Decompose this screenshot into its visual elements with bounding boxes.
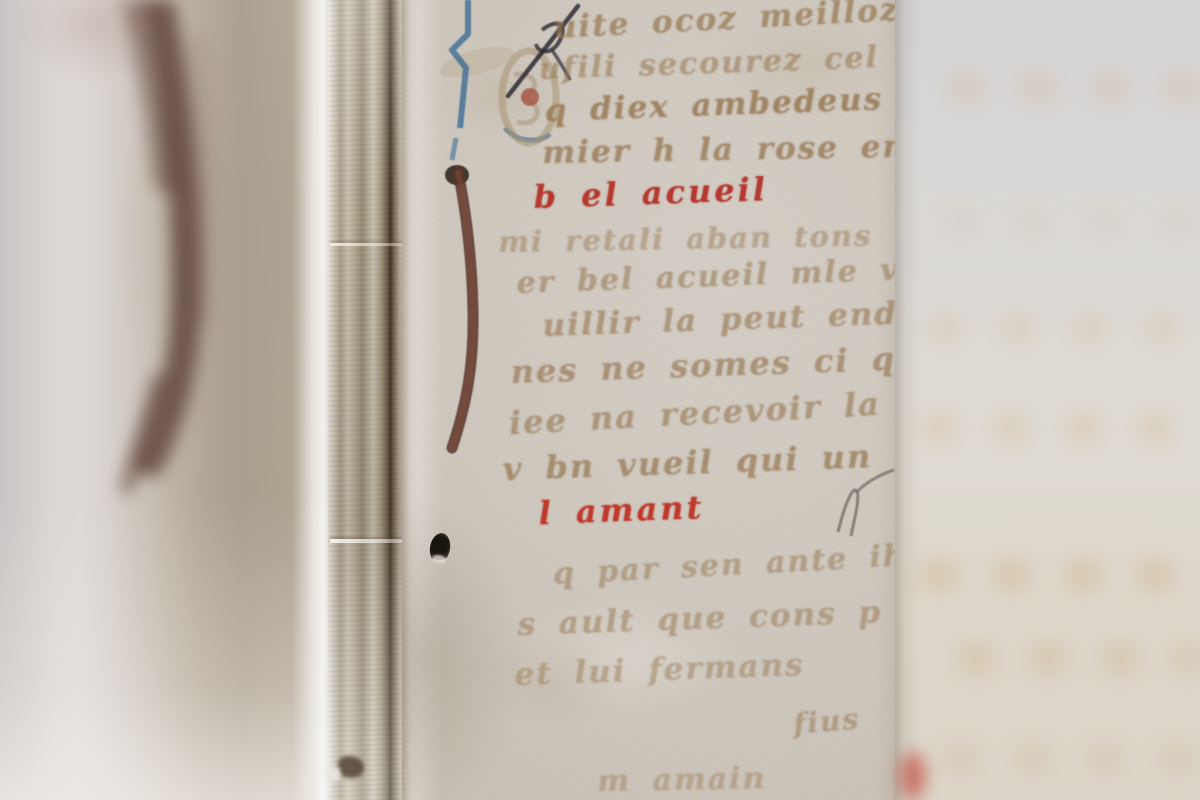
- script-line: m amain: [597, 761, 767, 799]
- initial-tail: [445, 165, 473, 448]
- blurred-rubric-mark: [900, 752, 926, 800]
- edge-notch: [338, 756, 364, 778]
- blurred-text-line: [903, 392, 1200, 464]
- blurred-text-line: [925, 730, 1200, 788]
- blurred-text-line: [910, 298, 1200, 358]
- blurred-text-line: [903, 535, 1200, 615]
- blurred-facing-page: [895, 0, 1200, 800]
- blurred-text-line: [940, 622, 1200, 694]
- spine-fold: [328, 0, 406, 800]
- manuscript-photo: uite ocoz meilloz ves ufili secourez cel…: [0, 0, 1200, 800]
- manuscript-page: uite ocoz meilloz ves ufili secourez cel…: [402, 0, 905, 800]
- script-line: mier h la rose en dois: [542, 127, 905, 171]
- blurred-text-line: [925, 200, 1195, 242]
- script-line: mi retali aban tons: [498, 218, 873, 259]
- script-line: fius: [792, 702, 861, 741]
- blurred-text-line: [930, 60, 1200, 115]
- ribbon-mark: [0, 0, 340, 800]
- ink-flourish: [838, 470, 894, 536]
- rubric-l-amant: l amant: [538, 488, 705, 532]
- edge-notch-highlight: [326, 768, 340, 780]
